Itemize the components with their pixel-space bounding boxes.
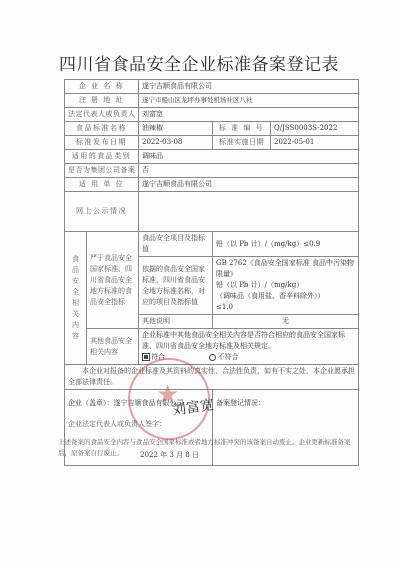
row-legal-rep: 法定代表人或负责人 刘富宽 (65, 108, 359, 122)
company-seal-label: 企业（盖章）： (68, 399, 114, 407)
applicable-unit-value: 遂宁吉顺食品有限公司 (139, 178, 359, 192)
other-note-label: 其他说明 (139, 315, 213, 329)
food-category-value: 调味品 (139, 150, 359, 164)
row-food-category: 适用的食品类别 调味品 (65, 150, 359, 164)
row-reg-address: 注 册 地 址 遂宁市船山区龙坪办事处机场社区八社 (65, 94, 359, 108)
basis-indicator: 铅（以 Pb 计）/（mg/kg） (216, 280, 355, 291)
row-applicable-unit: 适 用 单 位 遂宁吉顺食品有限公司 (65, 178, 359, 192)
group-filing-label: 是否为集团公司备案 (65, 164, 139, 178)
legal-rep-value: 刘富宽 (139, 108, 359, 122)
row-company-name: 企 业 名 称 遂宁吉顺食品有限公司 (65, 80, 359, 94)
legal-rep-label: 法定代表人或负责人 (65, 108, 139, 122)
publish-date-value: 2022-03-08 (139, 136, 213, 150)
compliant-label: 符合 (151, 353, 165, 361)
row-safety-item: 食品安全相关内容 严于食品安全国家标准、四川省食品安全地方标准的食品安全指标 食… (65, 232, 359, 257)
row-publish-date: 标准发布日期 2022-03-08 标准实施日期 2022-05-01 (65, 136, 359, 150)
impl-date-value: 2022-05-01 (271, 136, 359, 150)
stricter-indicators-label: 严于食品安全国家标准、四川省食品安全地方标准的食品安全指标 (87, 232, 139, 329)
page-title: 四川省食品安全企业标准备案登记表 (0, 50, 398, 75)
std-code-label: 标 准 编 号 (213, 122, 271, 136)
row-other-content: 其他食品安全相关内容 企业标准中其他食品安全相关内容是否符合相应的食品安全国家标… (65, 329, 359, 365)
filing-status-label: 备案登记情况： (216, 398, 355, 409)
publish-date-label: 标准发布日期 (65, 136, 139, 150)
company-name-value: 遂宁吉顺食品有限公司 (139, 80, 359, 94)
row-std-name: 食品标准名称 油辣椒 标 准 编 号 Q/JSS0003S-2022 (65, 122, 359, 136)
footer-note: 上述备案的食品安全内容与食品安全国家标准或者地方标准冲突的该备案自动废止。企业更… (58, 437, 358, 459)
group-filing-value: 否 (139, 164, 359, 178)
row-group-filing: 是否为集团公司备案 否 (65, 164, 359, 178)
compliance-options: 符合 不符合 (142, 352, 355, 363)
basis-scope: （调味品（食用盐、香辛料除外）） (216, 291, 355, 302)
safety-basis-label: 依据的食品安全国家标准、四川省食品安全地方标准名称，对应的项目及指标值 (139, 257, 213, 315)
food-category-label: 适用的食品类别 (65, 150, 139, 164)
std-code-value: Q/JSS0003S-2022 (271, 122, 359, 136)
row-online-notice: 网上公示情况 (65, 192, 359, 232)
std-name-label: 食品标准名称 (65, 122, 139, 136)
compliant-checkbox[interactable] (142, 353, 150, 361)
non-compliant-radio[interactable] (209, 354, 216, 361)
signature-label: 企业法定代表人或负责人签字： (68, 419, 209, 430)
safety-basis-value: GB 2762《食品安全国家标准 食品中污染物限量》 铅（以 Pb 计）/（mg… (213, 257, 359, 315)
other-content-cell: 企业标准中其他食品安全相关内容是否符合相应的食品安全国家标准、四川省食品安全地方… (139, 329, 359, 365)
declaration-text: 本企业对报备的企业标准及其资料的真实性、合法性负责，如有不实之处，本企业愿承担全… (65, 365, 359, 390)
non-compliant-label: 不符合 (217, 353, 238, 361)
safety-item-value: 铅（以 Pb 计）/（mg/kg）≤0.9 (213, 232, 359, 257)
applicable-unit-label: 适 用 单 位 (65, 178, 139, 192)
basis-standard: GB 2762《食品安全国家标准 食品中污染物限量》 (216, 258, 355, 280)
other-note-value: 无 (213, 315, 359, 329)
reg-address-label: 注 册 地 址 (65, 94, 139, 108)
safety-section-label: 食品安全相关内容 (65, 232, 87, 365)
online-notice-label: 网上公示情况 (65, 192, 139, 232)
impl-date-label: 标准实施日期 (213, 136, 271, 150)
other-content-label: 其他食品安全相关内容 (87, 329, 139, 365)
other-content-text: 企业标准中其他食品安全相关内容是否符合相应的食品安全国家标准、四川省食品安全地方… (142, 330, 355, 352)
safety-item-label: 食品安全项目及指标值 (139, 232, 213, 257)
reg-address-value: 遂宁市船山区龙坪办事处机场社区八社 (139, 94, 359, 108)
basis-limit: ≤1.0 (216, 302, 355, 313)
online-notice-value (139, 192, 359, 232)
std-name-value: 油辣椒 (139, 122, 213, 136)
company-name-label: 企 业 名 称 (65, 80, 139, 94)
row-declaration: 本企业对报备的企业标准及其资料的真实性、合法性负责，如有不实之处，本企业愿承担全… (65, 365, 359, 390)
